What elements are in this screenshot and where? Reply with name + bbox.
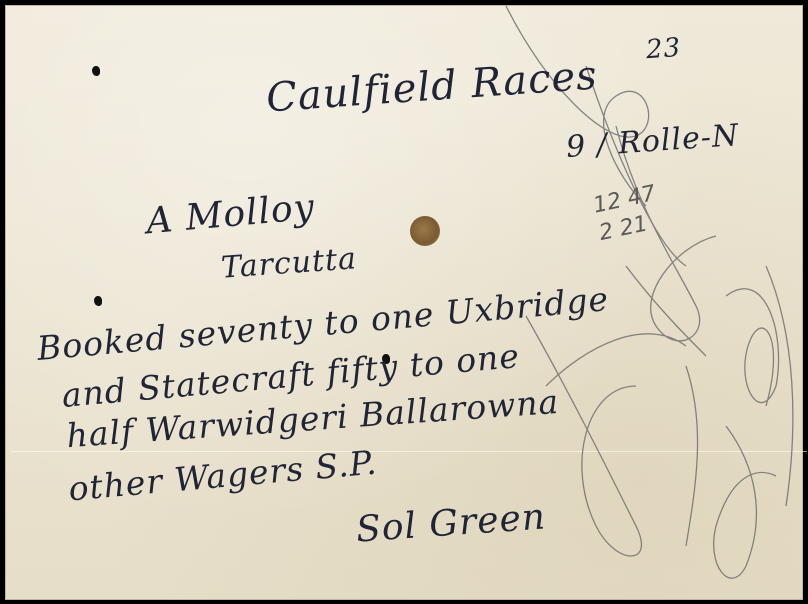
header-date: 23 bbox=[645, 33, 682, 65]
paper-hole bbox=[92, 66, 100, 76]
document-paper: Caulfield Races 23 9 / Rolle-N A Molloy … bbox=[5, 5, 803, 600]
recipient-name: A Molloy bbox=[145, 187, 317, 243]
paper-hole bbox=[94, 296, 102, 306]
stain-mark bbox=[410, 216, 440, 246]
recipient-town: Tarcutta bbox=[220, 241, 358, 285]
body-line: other Wagers S.P. bbox=[67, 443, 379, 509]
